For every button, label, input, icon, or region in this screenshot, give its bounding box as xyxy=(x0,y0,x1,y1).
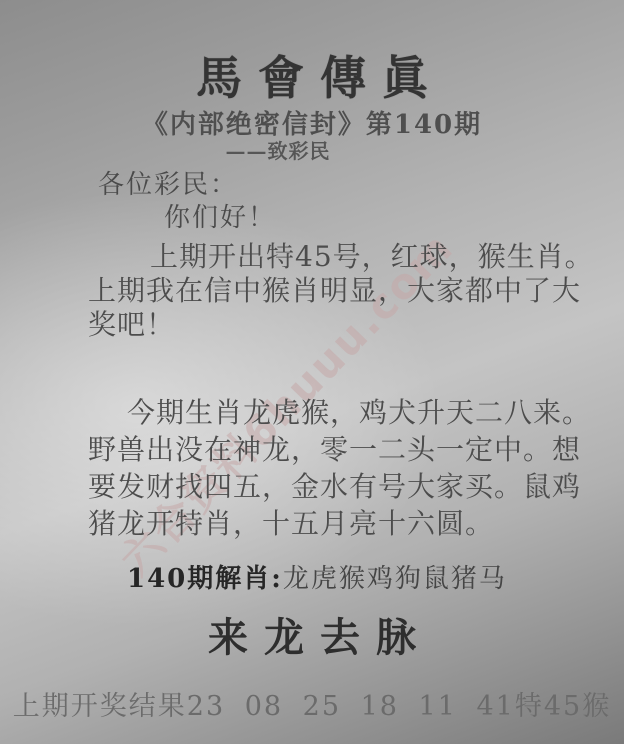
dedication-line: ——致彩民 xyxy=(0,135,590,164)
paragraph-previous-draw: 上期开出特45号，红球，猴生肖。 上期我在信中猴肖明显，大家都中了大 奖吧！ xyxy=(88,240,594,342)
salutation: 各位彩民： xyxy=(98,164,238,201)
paragraph-line: 上期我在信中猴肖明显，大家都中了大 xyxy=(88,274,594,308)
paragraph-line: 野兽出没在神龙，零一二头一定中。想 xyxy=(88,431,591,468)
paragraph-current-tips: 今期生肖龙虎猴，鸡犬升天二八来。 野兽出没在神龙，零一二头一定中。想 要发财找四… xyxy=(88,394,591,542)
fax-sheet: 六合资料6huuu.com 馬會傳眞 《内部绝密信封》第140期 ——致彩民 各… xyxy=(0,0,624,744)
paragraph-line: 要发财找四五，金水有号大家买。鼠鸡 xyxy=(88,468,591,505)
paragraph-line: 奖吧！ xyxy=(88,308,594,342)
zodiac-interpretation-line: 140期解肖:龙虎猴鸡狗鼠猪马 xyxy=(127,558,507,595)
last-draw-result: 上期开奖结果23 08 25 18 11 41特45猴 xyxy=(0,684,624,723)
paragraph-line: 今期生肖龙虎猴，鸡犬升天二八来。 xyxy=(127,394,591,431)
zodiac-interpretation-value: 龙虎猴鸡狗鼠猪马 xyxy=(283,564,507,594)
zodiac-interpretation-label: 140期解肖: xyxy=(127,564,283,594)
section-heading: 来龙去脉 xyxy=(0,606,624,663)
paragraph-line: 上期开出特45号，红球，猴生肖。 xyxy=(150,240,594,274)
greeting-line: 你们好！ xyxy=(164,197,276,234)
page-title: 馬會傳眞 xyxy=(0,42,624,108)
paragraph-line: 猪龙开特肖，十五月亮十六圆。 xyxy=(88,505,591,542)
letter-content: 馬會傳眞 《内部绝密信封》第140期 ——致彩民 各位彩民： 你们好！ 上期开出… xyxy=(0,0,624,744)
